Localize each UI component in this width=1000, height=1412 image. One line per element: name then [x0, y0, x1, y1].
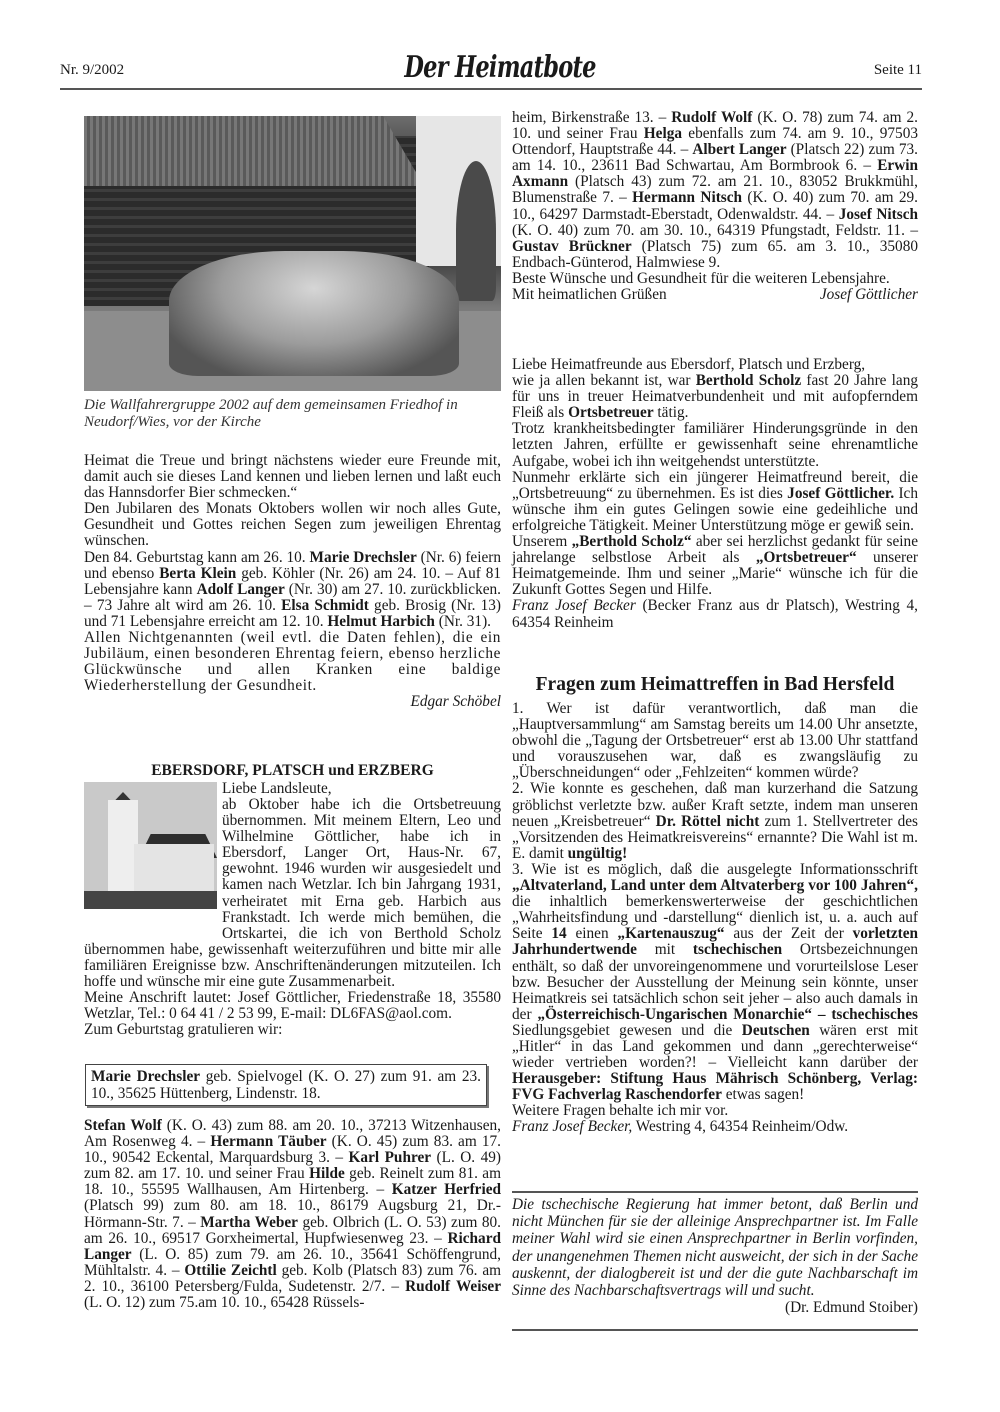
- wishes: Beste Wünsche und Gesundheit für die wei…: [512, 271, 918, 287]
- section-body: ab Oktober habe ich die Ortsbetreuung üb…: [84, 797, 501, 1038]
- letter: Liebe Heimatfreunde aus Ebersdorf, Plats…: [512, 357, 918, 631]
- photo-caption: Die Wallfahrergruppe 2002 auf dem gemein…: [84, 397, 501, 431]
- quote-rule-bottom: [512, 1329, 918, 1331]
- person-name: Marie Drechsler: [91, 1068, 200, 1085]
- question-2: 2. Wie konnte es geschehen, daß man kurz…: [512, 781, 918, 861]
- paragraph: Heimat die Treue und bringt nächstens wi…: [84, 453, 501, 501]
- birthday-list: Stefan Wolf (K. O. 43) zum 88. am 20. 10…: [84, 1118, 501, 1311]
- tree: [456, 161, 496, 301]
- image-float-spacer: [84, 797, 222, 927]
- address-paragraph: Meine Anschrift lautet: Josef Göttlicher…: [84, 990, 501, 1022]
- church-roof: [84, 116, 424, 186]
- paragraph: Trotz krankheitsbedingter familiärer Hin…: [512, 421, 918, 469]
- person-name: Adolf Langer: [197, 581, 285, 598]
- masthead-title: Der Heimatbote: [125, 50, 875, 85]
- closing-line: Mit heimatlichen Grüßen Josef Göttlicher: [512, 287, 918, 303]
- article-heading: Fragen zum Heimattreffen in Bad Hersfeld: [512, 674, 918, 696]
- letter-signature: Franz Josef Becker (Becker Franz aus dr …: [512, 598, 918, 630]
- person-name: Helmut Harbich: [327, 613, 435, 630]
- closing-remark: Weitere Fragen behalte ich mir vor.: [512, 1103, 918, 1119]
- paragraph: wie ja allen bekannt ist, war Berthold S…: [512, 373, 918, 421]
- person-name: Marie Drechsler: [310, 549, 417, 566]
- person-name: Elsa Schmidt: [281, 597, 369, 614]
- group-photo: [84, 116, 501, 391]
- letter-greeting: Liebe Heimatfreunde aus Ebersdorf, Plats…: [512, 357, 918, 373]
- right-column-top: heim, Birkenstraße 13. – Rudolf Wolf (K.…: [512, 110, 918, 303]
- header-rule: [60, 88, 922, 90]
- highlighted-birthday-box: Marie Drechsler geb. Spielvogel (K. O. 2…: [85, 1064, 487, 1106]
- paragraph: Nunmehr erklärte sich ein jüngerer Heima…: [512, 470, 918, 534]
- article-body: 1. Wer ist dafür verantwortlich, daß man…: [512, 701, 918, 1136]
- paragraph: Unserem „Berthold Scholz“ aber sei herzl…: [512, 534, 918, 598]
- paragraph: Den Jubilaren des Monats Oktobers wollen…: [84, 501, 501, 549]
- group-of-people: [169, 251, 459, 376]
- issue-number: Nr. 9/2002: [60, 62, 124, 79]
- question-3: 3. Wie ist es möglich, daß die ausgelegt…: [512, 862, 918, 1103]
- person-name: Berta Klein: [159, 565, 236, 582]
- birthday-list-continued: heim, Birkenstraße 13. – Rudolf Wolf (K.…: [512, 110, 918, 271]
- section-intro: Liebe Landsleute,: [222, 781, 501, 797]
- quote-author: (Dr. Edmund Stoiber): [512, 1299, 918, 1316]
- signature: Josef Göttlicher: [820, 287, 918, 303]
- section-heading: EBERSDORF, PLATSCH und ERZBERG: [84, 762, 501, 780]
- greeting: Liebe Landsleute,: [222, 781, 501, 797]
- quote-text: Die tschechische Regierung hat immer bet…: [512, 1196, 918, 1299]
- signature: Edgar Schöbel: [84, 694, 501, 710]
- question-1: 1. Wer ist dafür verantwortlich, daß man…: [512, 701, 918, 781]
- quote-box: Die tschechische Regierung hat immer bet…: [512, 1196, 918, 1316]
- quote-rule-top: [512, 1191, 918, 1193]
- article-signature: Franz Josef Becker, Westring 4, 64354 Re…: [512, 1119, 918, 1135]
- paragraph: Zum Geburtstag gratulieren wir:: [84, 1022, 501, 1038]
- jubilee-paragraph: Den 84. Geburtstag kann am 26. 10. Marie…: [84, 550, 501, 630]
- left-column-text-top: Heimat die Treue und bringt nächstens wi…: [84, 453, 501, 711]
- page-number: Seite 11: [874, 62, 922, 79]
- paragraph: Allen Nichtgenannten (weil evtl. die Dat…: [84, 630, 501, 694]
- birthday-list-left: Stefan Wolf (K. O. 43) zum 88. am 20. 10…: [84, 1118, 501, 1311]
